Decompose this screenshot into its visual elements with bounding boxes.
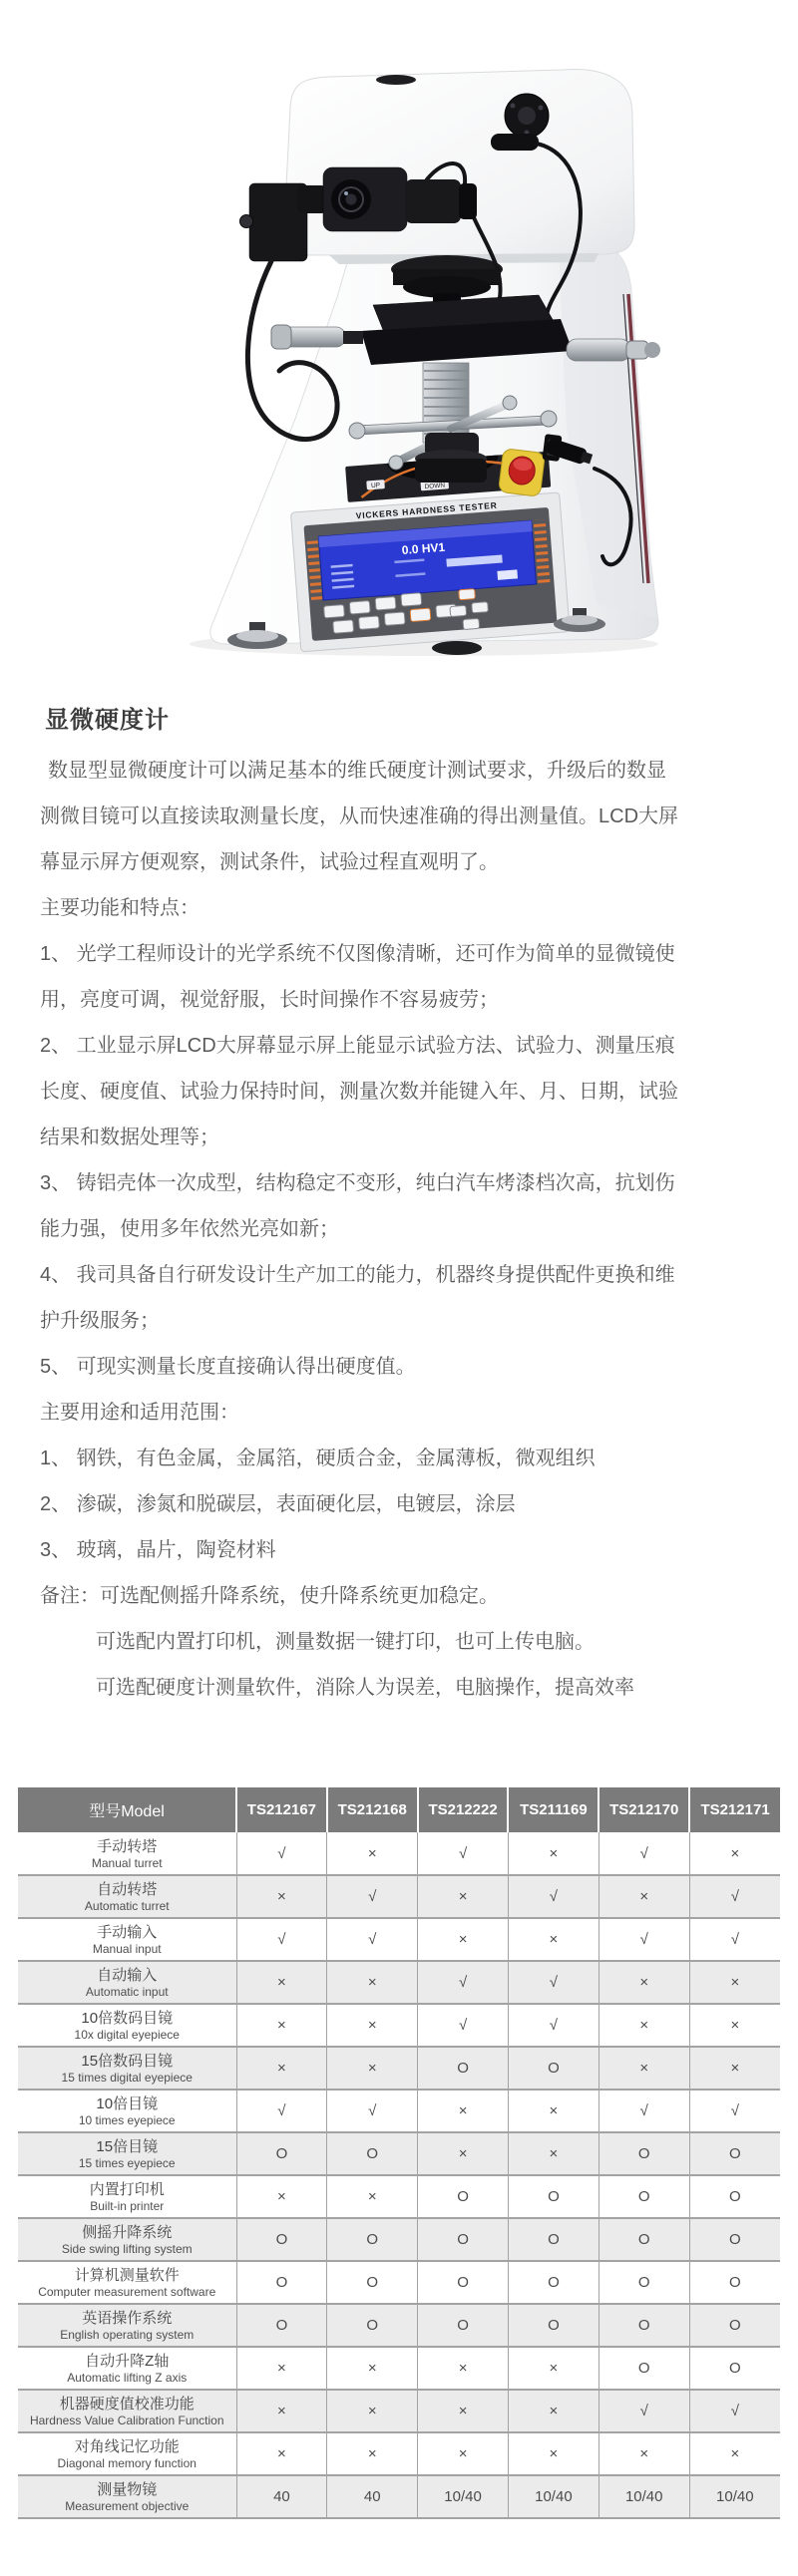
product-photo: UP DOWN VICKERS HARDNESS TESTER 0.0 HV1 — [0, 0, 798, 658]
feature-value-cell: √ — [236, 1832, 327, 1875]
table-row: 手动输入Manual input√√××√√ — [18, 1918, 780, 1961]
feature-value-cell: × — [327, 1832, 418, 1875]
feature-label-en: Automatic input — [18, 1985, 236, 1999]
feature-value-cell: × — [236, 2175, 327, 2218]
feature-label-en: 15 times eyepiece — [18, 2156, 236, 2170]
feature-value-cell: × — [508, 2347, 598, 2390]
feature-value-cell: 10/40 — [598, 2475, 689, 2518]
feature-label-en: Automatic lifting Z axis — [18, 2371, 236, 2385]
feature-label-cell: 内置打印机Built-in printer — [18, 2175, 236, 2218]
table-row: 英语操作系统English operating systemOOOOOO — [18, 2304, 780, 2347]
feature-value-cell: × — [236, 2004, 327, 2047]
description-line: 数显型显微硬度计可以满足基本的维氏硬度计测试要求，升级后的数显 — [40, 748, 778, 794]
feature-label-cell: 自动升降Z轴Automatic lifting Z axis — [18, 2347, 236, 2390]
feature-label-cn: 自动转塔 — [18, 1880, 236, 1899]
feature-value-cell: √ — [689, 2390, 780, 2432]
feature-value-cell: × — [236, 2390, 327, 2432]
description-line: 2、 渗碳，渗氮和脱碳层，表面硬化层，电镀层，涂层 — [40, 1481, 778, 1527]
description-line: 备注：可选配侧摇升降系统，使升降系统更加稳定。 — [40, 1573, 778, 1619]
feature-value-cell: × — [327, 2347, 418, 2390]
model-column-header: 型号Model — [18, 1787, 236, 1832]
feature-value-cell: × — [689, 2004, 780, 2047]
feature-label-cell: 手动转塔Manual turret — [18, 1832, 236, 1875]
feature-value-cell: × — [598, 2432, 689, 2475]
feature-value-cell: O — [689, 2261, 780, 2304]
feature-value-cell: × — [508, 2132, 598, 2175]
description-line: 主要用途和适用范围： — [40, 1390, 778, 1436]
feature-value-cell: O — [508, 2175, 598, 2218]
feature-label-en: 10x digital eyepiece — [18, 2028, 236, 2042]
feature-value-cell: × — [598, 2004, 689, 2047]
feature-value-cell: × — [327, 2004, 418, 2047]
description-line: 1、 钢铁，有色金属，金属箔，硬质合金，金属薄板，微观组织 — [40, 1436, 778, 1481]
product-photo-illustration: UP DOWN VICKERS HARDNESS TESTER 0.0 HV1 — [0, 0, 798, 658]
feature-value-cell: O — [236, 2132, 327, 2175]
feature-label-cn: 15倍目镜 — [18, 2137, 236, 2156]
feature-value-cell: × — [598, 2047, 689, 2090]
feature-value-cell: O — [236, 2218, 327, 2261]
feature-value-cell: √ — [689, 2090, 780, 2132]
feature-value-cell: √ — [508, 1961, 598, 2004]
feature-label-cn: 计算机测量软件 — [18, 2266, 236, 2285]
feature-label-cell: 测量物镜Measurement objective — [18, 2475, 236, 2518]
feature-label-cn: 内置打印机 — [18, 2180, 236, 2199]
feature-label-cell: 15倍目镜15 times eyepiece — [18, 2132, 236, 2175]
feature-value-cell: O — [236, 2261, 327, 2304]
model-header: TS212168 — [327, 1787, 418, 1832]
feature-value-cell: × — [508, 2432, 598, 2475]
feature-label-cell: 10倍目镜10 times eyepiece — [18, 2090, 236, 2132]
feature-label-en: Automatic turret — [18, 1899, 236, 1913]
feature-value-cell: O — [327, 2218, 418, 2261]
model-header: TS211169 — [508, 1787, 598, 1832]
feature-label-cell: 计算机测量软件Computer measurement software — [18, 2261, 236, 2304]
feature-value-cell: × — [236, 1961, 327, 2004]
feature-value-cell: × — [327, 1961, 418, 2004]
feature-value-cell: O — [508, 2047, 598, 2090]
description-line: 可选配内置打印机，测量数据一键打印，也可上传电脑。 — [40, 1619, 778, 1665]
model-header: TS212222 — [418, 1787, 509, 1832]
feature-value-cell: √ — [236, 2090, 327, 2132]
feature-label-cell: 英语操作系统English operating system — [18, 2304, 236, 2347]
table-row: 侧摇升降系统Side swing lifting systemOOOOOO — [18, 2218, 780, 2261]
feature-value-cell: O — [418, 2047, 509, 2090]
feature-value-cell: × — [598, 1961, 689, 2004]
feature-value-cell: O — [418, 2175, 509, 2218]
feature-value-cell: O — [508, 2261, 598, 2304]
feature-value-cell: O — [689, 2347, 780, 2390]
feature-label-cell: 机器硬度值校准功能Hardness Value Calibration Func… — [18, 2390, 236, 2432]
feature-value-cell: × — [418, 2390, 509, 2432]
feature-value-cell: O — [598, 2132, 689, 2175]
up-label: UP — [371, 482, 381, 489]
product-page: UP DOWN VICKERS HARDNESS TESTER 0.0 HV1 — [0, 0, 798, 2576]
feature-value-cell: √ — [327, 2090, 418, 2132]
feature-label-cell: 侧摇升降系统Side swing lifting system — [18, 2218, 236, 2261]
table-row: 对角线记忆功能Diagonal memory function×××××× — [18, 2432, 780, 2475]
feature-label-cn: 测量物镜 — [18, 2480, 236, 2499]
feature-value-cell: × — [508, 1832, 598, 1875]
feature-label-en: Built-in printer — [18, 2199, 236, 2213]
feature-value-cell: × — [508, 2390, 598, 2432]
feature-label-cn: 英语操作系统 — [18, 2309, 236, 2328]
table-row: 机器硬度值校准功能Hardness Value Calibration Func… — [18, 2390, 780, 2432]
model-header: TS212170 — [598, 1787, 689, 1832]
feature-value-cell: √ — [418, 2004, 509, 2047]
feature-label-cn: 机器硬度值校准功能 — [18, 2395, 236, 2414]
feature-value-cell: × — [236, 2347, 327, 2390]
feature-value-cell: × — [508, 2090, 598, 2132]
feature-value-cell: √ — [508, 1875, 598, 1918]
model-header: TS212167 — [236, 1787, 327, 1832]
feature-label-en: Manual turret — [18, 1856, 236, 1870]
feature-value-cell: × — [508, 1918, 598, 1961]
feature-value-cell: √ — [598, 2090, 689, 2132]
table-row: 10倍数码目镜10x digital eyepiece××√√×× — [18, 2004, 780, 2047]
feature-value-cell: √ — [418, 1832, 509, 1875]
feature-value-cell: O — [236, 2304, 327, 2347]
description-line: 能力强，使用多年依然光亮如新； — [40, 1206, 778, 1252]
emergency-stop-button — [498, 449, 545, 497]
feature-value-cell: O — [598, 2304, 689, 2347]
feature-value-cell: O — [327, 2261, 418, 2304]
feature-label-cell: 10倍数码目镜10x digital eyepiece — [18, 2004, 236, 2047]
feature-value-cell: × — [598, 1875, 689, 1918]
description-line: 结果和数据处理等； — [40, 1115, 778, 1160]
description-line: 主要功能和特点： — [40, 885, 778, 931]
feature-label-cn: 自动升降Z轴 — [18, 2352, 236, 2371]
feature-value-cell: × — [418, 1918, 509, 1961]
feature-label-cell: 对角线记忆功能Diagonal memory function — [18, 2432, 236, 2475]
feature-value-cell: O — [689, 2304, 780, 2347]
spec-table: 型号ModelTS212167TS212168TS212222TS211169T… — [18, 1787, 780, 2519]
feature-label-en: Computer measurement software — [18, 2285, 236, 2299]
feature-value-cell: O — [418, 2304, 509, 2347]
feature-label-cell: 手动输入Manual input — [18, 1918, 236, 1961]
feature-value-cell: √ — [327, 1875, 418, 1918]
feature-label-cn: 15倍数码目镜 — [18, 2052, 236, 2071]
feature-value-cell: O — [508, 2218, 598, 2261]
feature-label-cell: 自动转塔Automatic turret — [18, 1875, 236, 1918]
feature-label-en: 10 times eyepiece — [18, 2113, 236, 2127]
table-row: 10倍目镜10 times eyepiece√√××√√ — [18, 2090, 780, 2132]
feature-value-cell: 40 — [236, 2475, 327, 2518]
feature-value-cell: × — [327, 2175, 418, 2218]
description-line: 用，亮度可调，视觉舒服，长时间操作不容易疲劳； — [40, 977, 778, 1023]
feature-label-en: Measurement objective — [18, 2499, 236, 2513]
feature-value-cell: O — [327, 2304, 418, 2347]
table-row: 15倍目镜15 times eyepieceOO××OO — [18, 2132, 780, 2175]
feature-label-cn: 侧摇升降系统 — [18, 2223, 236, 2242]
product-description: 数显型显微硬度计可以满足基本的维氏硬度计测试要求，升级后的数显测微目镜可以直接读… — [40, 748, 778, 1711]
feature-value-cell: × — [689, 1961, 780, 2004]
feature-value-cell: O — [598, 2218, 689, 2261]
feature-label-en: English operating system — [18, 2328, 236, 2342]
feature-label-en: Diagonal memory function — [18, 2456, 236, 2470]
table-row: 15倍数码目镜15 times digital eyepiece××OO×× — [18, 2047, 780, 2090]
table-row: 自动升降Z轴Automatic lifting Z axis××××OO — [18, 2347, 780, 2390]
feature-value-cell: √ — [598, 2390, 689, 2432]
feature-value-cell: √ — [689, 1875, 780, 1918]
feature-value-cell: O — [418, 2261, 509, 2304]
feature-value-cell: × — [418, 2432, 509, 2475]
feature-value-cell: O — [689, 2218, 780, 2261]
feature-value-cell: × — [327, 2047, 418, 2090]
table-row: 内置打印机Built-in printer××OOOO — [18, 2175, 780, 2218]
feature-value-cell: O — [598, 2347, 689, 2390]
feature-value-cell: √ — [236, 1918, 327, 1961]
feature-value-cell: × — [689, 2432, 780, 2475]
feature-value-cell: × — [327, 2432, 418, 2475]
feature-value-cell: × — [689, 1832, 780, 1875]
description-line: 可选配硬度计测量软件，消除人为误差，电脑操作，提高效率 — [40, 1665, 778, 1711]
feature-value-cell: O — [598, 2175, 689, 2218]
feature-value-cell: 10/40 — [689, 2475, 780, 2518]
feature-value-cell: × — [236, 1875, 327, 1918]
feature-label-en: Side swing lifting system — [18, 2242, 236, 2256]
description-line: 长度、硬度值、试验力保持时间，测量次数并能键入年、月、日期，试验 — [40, 1069, 778, 1115]
table-row: 测量物镜Measurement objective404010/4010/401… — [18, 2475, 780, 2518]
feature-value-cell: 10/40 — [418, 2475, 509, 2518]
feature-label-cn: 对角线记忆功能 — [18, 2437, 236, 2456]
feature-value-cell: 40 — [327, 2475, 418, 2518]
feature-value-cell: × — [327, 2390, 418, 2432]
feature-value-cell: × — [236, 2047, 327, 2090]
table-row: 自动输入Automatic input××√√×× — [18, 1961, 780, 2004]
description-line: 1、 光学工程师设计的光学系统不仅图像清晰，还可作为简单的显微镜使 — [40, 931, 778, 977]
feature-value-cell: √ — [689, 1918, 780, 1961]
table-row: 自动转塔Automatic turret×√×√×√ — [18, 1875, 780, 1918]
feature-value-cell: 10/40 — [508, 2475, 598, 2518]
description-line: 4、 我司具备自行研发设计生产加工的能力，机器终身提供配件更换和维 — [40, 1252, 778, 1298]
feature-label-cn: 10倍数码目镜 — [18, 2009, 236, 2028]
feature-value-cell: √ — [508, 2004, 598, 2047]
description-line: 幕显示屏方便观察，测试条件，试验过程直观明了。 — [40, 839, 778, 885]
feature-value-cell: √ — [418, 1961, 509, 2004]
description-line: 3、 铸铝壳体一次成型，结构稳定不变形，纯白汽车烤漆档次高，抗划伤 — [40, 1160, 778, 1206]
feature-value-cell: × — [689, 2047, 780, 2090]
feature-value-cell: O — [508, 2304, 598, 2347]
feature-value-cell: O — [418, 2218, 509, 2261]
spec-table-header: 型号ModelTS212167TS212168TS212222TS211169T… — [18, 1787, 780, 1832]
feature-value-cell: × — [418, 2090, 509, 2132]
description-line: 测微目镜可以直接读取测量长度，从而快速准确的得出测量值。LCD大屏 — [40, 794, 778, 839]
page-title: 显微硬度计 — [45, 700, 170, 735]
description-line: 3、 玻璃，晶片，陶瓷材料 — [40, 1527, 778, 1573]
model-header: TS212171 — [689, 1787, 780, 1832]
description-line: 5、 可现实测量长度直接确认得出硬度值。 — [40, 1344, 778, 1390]
feature-label-cn: 自动输入 — [18, 1966, 236, 1985]
feature-label-cn: 手动转塔 — [18, 1837, 236, 1856]
feature-label-en: Manual input — [18, 1942, 236, 1956]
feature-value-cell: O — [689, 2132, 780, 2175]
description-line: 2、 工业显示屏LCD大屏幕显示屏上能显示试验方法、试验力、测量压痕 — [40, 1023, 778, 1069]
feature-label-cn: 手动输入 — [18, 1923, 236, 1942]
feature-value-cell: × — [236, 2432, 327, 2475]
feature-value-cell: × — [418, 1875, 509, 1918]
feature-value-cell: √ — [327, 1918, 418, 1961]
feature-value-cell: × — [418, 2347, 509, 2390]
micrometer-right — [567, 339, 660, 361]
feature-value-cell: O — [327, 2132, 418, 2175]
feature-label-en: Hardness Value Calibration Function — [18, 2414, 236, 2427]
feature-value-cell: O — [598, 2261, 689, 2304]
feature-value-cell: × — [418, 2132, 509, 2175]
feature-label-cell: 自动输入Automatic input — [18, 1961, 236, 2004]
description-line: 护升级服务； — [40, 1298, 778, 1344]
feature-value-cell: √ — [598, 1918, 689, 1961]
table-row: 手动转塔Manual turret√×√×√× — [18, 1832, 780, 1875]
feature-value-cell: O — [689, 2175, 780, 2218]
feature-value-cell: √ — [598, 1832, 689, 1875]
feature-label-cell: 15倍数码目镜15 times digital eyepiece — [18, 2047, 236, 2090]
feature-label-en: 15 times digital eyepiece — [18, 2071, 236, 2085]
feature-label-cn: 10倍目镜 — [18, 2094, 236, 2113]
table-row: 计算机测量软件Computer measurement softwareOOOO… — [18, 2261, 780, 2304]
